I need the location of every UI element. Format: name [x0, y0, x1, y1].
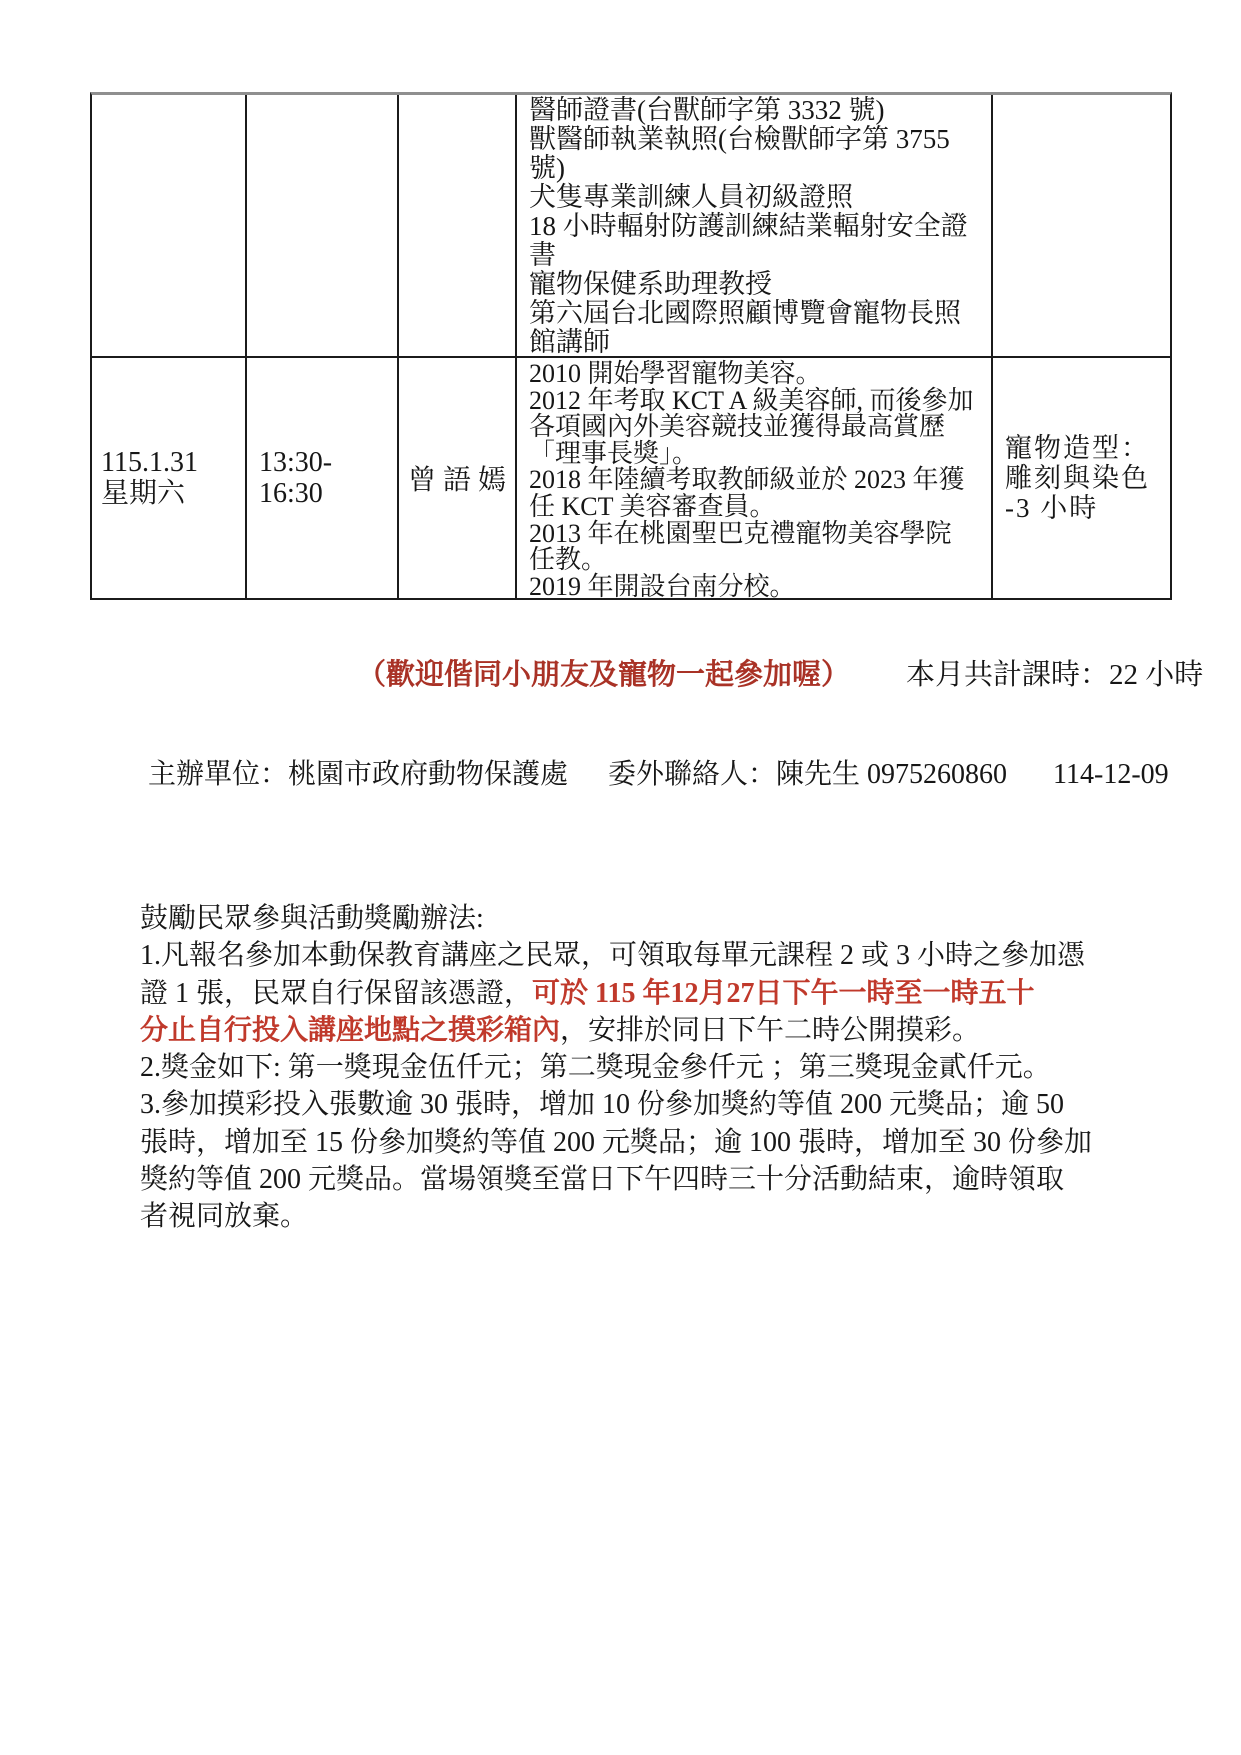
date-cell-row1: [92, 95, 247, 358]
rules-text: 3.參加摸彩投入張數逾 30 張時，增加 10 份參加獎約等值 200 元獎品；…: [140, 1089, 1064, 1120]
time-cell-row2: 13:30- 16:30: [247, 358, 399, 598]
monthly-hours-total: 本月共計課時：22 小時: [906, 657, 1203, 693]
rules-text: 張時，增加至 15 份參加獎約等值 200 元獎品；逾 100 張時，增加至 3…: [140, 1127, 1092, 1158]
rules-text: 獎約等值 200 元獎品。當場領獎至當日下午四時三十分活動結束，逾時領取: [140, 1164, 1064, 1195]
organizer-line: 主辦單位：桃園市政府動物保護處 委外聯絡人：陳先生 0975260860 114…: [148, 757, 1169, 793]
rules-line: 張時，增加至 15 份參加獎約等值 200 元獎品；逾 100 張時，增加至 3…: [140, 1124, 1092, 1161]
rules-text: ，安排於同日下午二時公開摸彩。: [560, 1015, 980, 1046]
welcome-note: （歡迎偕同小朋友及寵物一起參加喔）: [357, 657, 850, 693]
instructor-cell-row1: [399, 95, 517, 358]
rules-text: 1.凡報名參加本動保教育講座之民眾，可領取每單元課程 2 或 3 小時之參加憑: [140, 940, 1085, 971]
rules-line: 3.參加摸彩投入張數逾 30 張時，增加 10 份參加獎約等值 200 元獎品；…: [140, 1086, 1092, 1123]
bio-cell-row1: 醫師證書(台獸師字第 3332 號) 獸醫師執業執照(台檢獸師字第 3755 號…: [517, 95, 993, 358]
date-cell-row2: 115.1.31 星期六: [92, 358, 247, 598]
course-cell-row2: 寵物造型： 雕刻與染色 -3 小時: [993, 358, 1170, 598]
rules-title: 鼓勵民眾參與活動獎勵辦法:: [140, 900, 1092, 937]
rules-text: 證 1 張，民眾自行保留該憑證，: [140, 978, 532, 1009]
rules-line: 獎約等值 200 元獎品。當場領獎至當日下午四時三十分活動結束，逾時領取: [140, 1161, 1092, 1198]
rules-line: 者視同放棄。: [140, 1198, 1092, 1235]
bio-cell-row2: 2010 開始學習寵物美容。 2012 年考取 KCT A 級美容師, 而後參加…: [517, 358, 993, 598]
document-date: 114-12-09: [1053, 757, 1169, 793]
rules-text: 2.獎金如下: 第一獎現金伍仟元；第二獎現金參仟元 ；第三獎現金貳仟元。: [140, 1052, 1051, 1083]
document-page: 醫師證書(台獸師字第 3332 號) 獸醫師執業執照(台檢獸師字第 3755 號…: [0, 0, 1241, 1755]
rules-line: 2.獎金如下: 第一獎現金伍仟元；第二獎現金參仟元 ；第三獎現金貳仟元。: [140, 1049, 1092, 1086]
instructor-cell-row2: 曾語嫣: [399, 358, 517, 598]
organizer-host: 主辦單位：桃園市政府動物保護處: [148, 757, 568, 793]
rules-line: 1.凡報名參加本動保教育講座之民眾，可領取每單元課程 2 或 3 小時之參加憑: [140, 937, 1092, 974]
summary-line: （歡迎偕同小朋友及寵物一起參加喔） 本月共計課時：22 小時: [357, 657, 1203, 693]
course-schedule-table: 醫師證書(台獸師字第 3332 號) 獸醫師執業執照(台檢獸師字第 3755 號…: [90, 92, 1172, 600]
rules-section: 鼓勵民眾參與活動獎勵辦法: 1.凡報名參加本動保教育講座之民眾，可領取每單元課程…: [140, 900, 1092, 1236]
rules-line: 證 1 張，民眾自行保留該憑證，可於 115 年12月27日下午一時至一時五十: [140, 975, 1092, 1012]
rules-line: 分止自行投入講座地點之摸彩箱內，安排於同日下午二時公開摸彩。: [140, 1012, 1092, 1049]
contact-person: 委外聯絡人：陳先生 0975260860: [608, 757, 1007, 793]
rules-text: 者視同放棄。: [140, 1201, 308, 1232]
course-cell-row1: [993, 95, 1170, 358]
time-cell-row1: [247, 95, 399, 358]
rules-highlight-text: 可於 115 年12月27日下午一時至一時五十: [532, 978, 1034, 1009]
rules-highlight-text: 分止自行投入講座地點之摸彩箱內: [140, 1015, 560, 1046]
rules-body: 1.凡報名參加本動保教育講座之民眾，可領取每單元課程 2 或 3 小時之參加憑證…: [140, 937, 1092, 1235]
